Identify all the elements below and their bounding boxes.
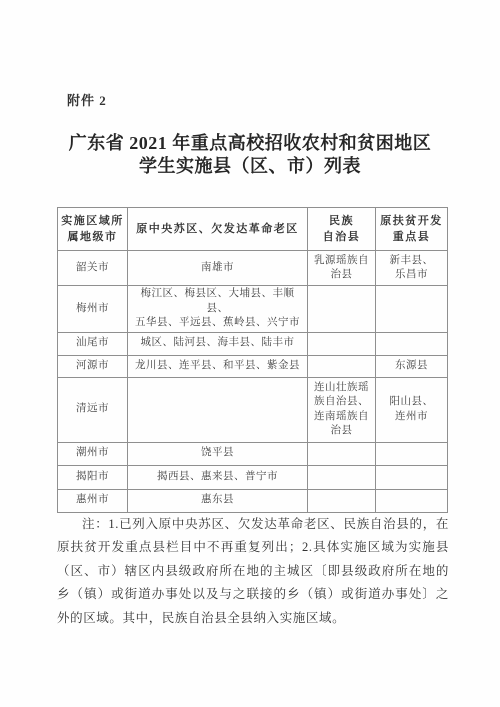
cell-ethnic-autonomous-county: 连山壮族瑶 族自治县、 连南瑶族自 治县 [308,377,376,442]
cell-ethnic-autonomous-county [308,332,376,355]
cell-city: 河源市 [58,355,128,377]
cell-ethnic-autonomous-county [308,489,376,512]
cell-poverty-alleviation-county [376,442,448,465]
cell-poverty-alleviation-county: 东源县 [376,355,448,377]
cell-old-revolutionary-area: 城区、陆河县、海丰县、陆丰市 [128,332,308,355]
cell-ethnic-autonomous-county [308,465,376,489]
cell-old-revolutionary-area: 龙川县、连平县、和平县、紫金县 [128,355,308,377]
cell-old-revolutionary-area: 梅江区、梅县区、大埔县、丰顺县、 五华县、平远县、蕉岭县、兴宁市 [128,286,308,333]
cell-ethnic-autonomous-county: 乳源瑶族自 治县 [308,251,376,286]
col-header-old-revolutionary-area: 原中央苏区、欠发达革命老区 [128,208,308,251]
implementation-counties-table: 实施区域所 属地级市 原中央苏区、欠发达革命老区 民族 自治县 原扶贫开发 重点… [57,207,448,513]
cell-city: 潮州市 [58,442,128,465]
cell-city: 韶关市 [58,251,128,286]
table-row-jieyang: 揭阳市 揭西县、惠来县、普宁市 [58,465,448,489]
cell-city: 清远市 [58,377,128,442]
cell-city: 汕尾市 [58,332,128,355]
cell-old-revolutionary-area: 揭西县、惠来县、普宁市 [128,465,308,489]
cell-poverty-alleviation-county [376,465,448,489]
document-title-line2: 学生实施县（区、市）列表 [30,155,470,178]
table-row-huizhou: 惠州市 惠东县 [58,489,448,512]
cell-ethnic-autonomous-county [308,355,376,377]
cell-city: 梅州市 [58,286,128,333]
cell-city: 揭阳市 [58,465,128,489]
document-page: 附件 2 广东省 2021 年重点高校招收农村和贫困地区 学生实施县（区、市）列… [0,0,500,707]
cell-poverty-alleviation-county [376,332,448,355]
cell-poverty-alleviation-county [376,489,448,512]
col-header-poverty-alleviation-county: 原扶贫开发 重点县 [376,208,448,251]
col-header-city: 实施区域所 属地级市 [58,208,128,251]
attachment-label: 附件 2 [67,90,107,109]
cell-old-revolutionary-area: 南雄市 [128,251,308,286]
table-row-qingyuan: 清远市 连山壮族瑶 族自治县、 连南瑶族自 治县 阳山县、 连州市 [58,377,448,442]
cell-poverty-alleviation-county: 新丰县、 乐昌市 [376,251,448,286]
cell-poverty-alleviation-county [376,286,448,333]
document-title-line1: 广东省 2021 年重点高校招收农村和贫困地区 [30,132,470,155]
cell-old-revolutionary-area: 惠东县 [128,489,308,512]
document-title: 广东省 2021 年重点高校招收农村和贫困地区 学生实施县（区、市）列表 [30,132,470,178]
table-row-chaozhou: 潮州市 饶平县 [58,442,448,465]
cell-old-revolutionary-area: 饶平县 [128,442,308,465]
cell-ethnic-autonomous-county [308,442,376,465]
col-header-ethnic-autonomous-county: 民族 自治县 [308,208,376,251]
table-row-shanwei: 汕尾市 城区、陆河县、海丰县、陆丰市 [58,332,448,355]
table-row-meizhou: 梅州市 梅江区、梅县区、大埔县、丰顺县、 五华县、平远县、蕉岭县、兴宁市 [58,286,448,333]
table-header-row: 实施区域所 属地级市 原中央苏区、欠发达革命老区 民族 自治县 原扶贫开发 重点… [58,208,448,251]
table-row-shaoguan: 韶关市 南雄市 乳源瑶族自 治县 新丰县、 乐昌市 [58,251,448,286]
cell-ethnic-autonomous-county [308,286,376,333]
cell-old-revolutionary-area [128,377,308,442]
cell-poverty-alleviation-county: 阳山县、 连州市 [376,377,448,442]
cell-city: 惠州市 [58,489,128,512]
footnotes-paragraph: 注：1.已列入原中央苏区、欠发达革命老区、民族自治县的，在原扶贫开发重点县栏目中… [57,513,449,630]
table-row-heyuan: 河源市 龙川县、连平县、和平县、紫金县 东源县 [58,355,448,377]
